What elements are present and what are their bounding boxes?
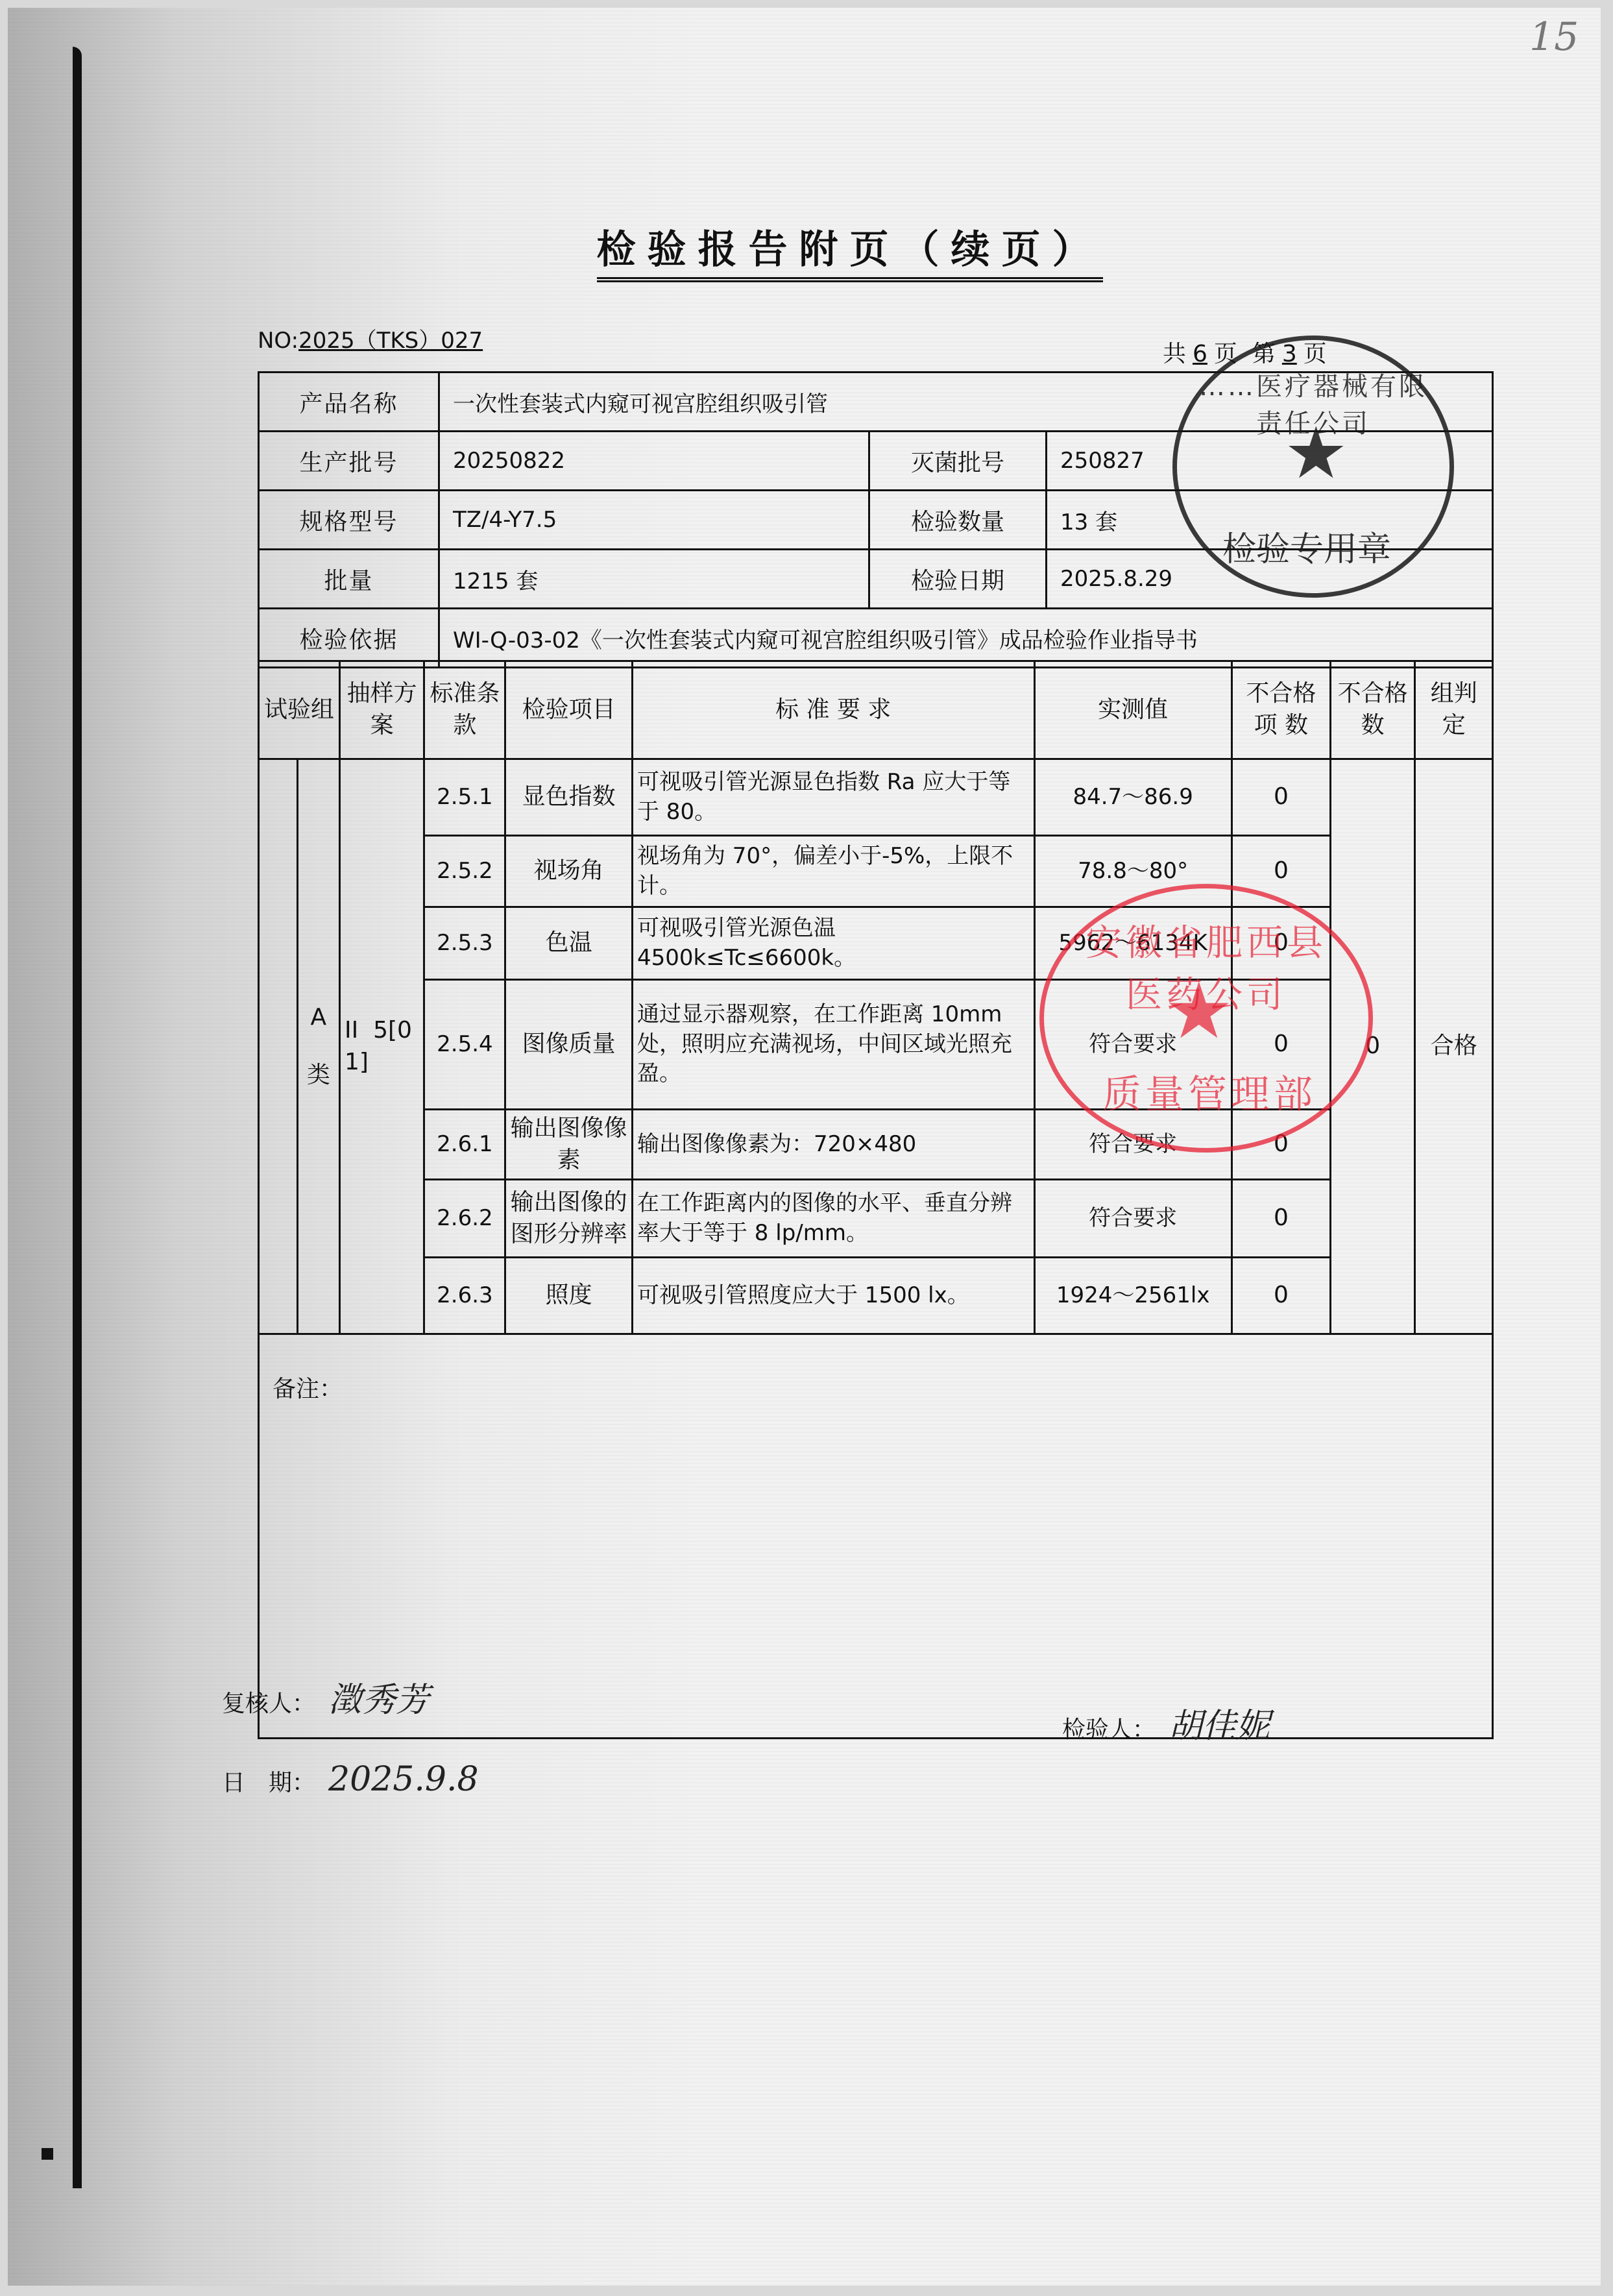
requirement-text: 可视吸引管光源色温 4500k≤Tc≤6600k。 [633,907,1035,980]
batch-no-value: 20250822 [439,432,869,491]
requirement-text: 输出图像像素为：720×480 [633,1110,1035,1180]
page-current-suffix: 页 [1304,341,1327,367]
table-row: 2.5.2视场角视场角为 70°，偏差小于-5%，上限不计。78.8～80°0 [259,836,1493,907]
inspection-item: 图像质量 [505,980,633,1110]
inspection-level: II [345,1017,358,1044]
inspection-qty-label: 检验数量 [869,491,1047,550]
model-value: TZ/4-Y7.5 [439,491,869,550]
header-group-judgment: 组判定 [1415,661,1493,759]
lot-size-value: 1215 套 [439,550,869,609]
measured-value: 78.8～80° [1034,836,1231,907]
nonconforming-items: 0 [1231,907,1330,980]
standard-clause: 2.6.3 [424,1258,505,1334]
reviewer-signature: 澂秀芳 [328,1681,430,1720]
page-title-text: 检验报告附页（续页） [597,219,1103,282]
handwritten-page-number: 15 [1529,14,1579,60]
inspection-level-cell: II 5[0 1] [339,759,424,1334]
inspection-item: 色温 [505,907,633,980]
page-current: 3 [1276,341,1304,367]
group-class-cell: A类 [297,759,339,1334]
date-label: 日 期： [222,1770,315,1796]
header-item: 检验项目 [505,661,633,759]
measured-value: 符合要求 [1034,980,1231,1110]
page-total-suffix: 页 [1214,341,1237,367]
table-row: 2.5.4图像质量通过显示器观察，在工作距离 10mm 处，照明应充满视场，中间… [259,980,1493,1110]
page-total-prefix: 共 [1163,341,1186,367]
inspection-date-value: 2025.8.29 [1047,550,1493,609]
inspection-item: 视场角 [505,836,633,907]
model-label: 规格型号 [259,491,439,550]
info-row-model: 规格型号 TZ/4-Y7.5 检验数量 13 套 [259,491,1493,550]
sterilization-batch-label: 灭菌批号 [869,432,1047,491]
inspection-results-table: 试验组 抽样方案 标准条款 检验项目 标 准 要 求 实测值 不合格项 数 不合… [258,660,1494,1739]
review-date-block: 日 期：2025.9.8 [222,1760,479,1799]
standard-clause: 2.5.1 [424,759,505,836]
report-number-value: 2025（TKS）027 [298,328,483,354]
nonconforming-items: 0 [1231,1110,1330,1180]
remarks-label: 备注： [259,1334,1493,1739]
remarks-row: 备注： [259,1334,1493,1739]
info-row-product: 产品名称 一次性套装式内窥可视宫腔组织吸引管 [259,372,1493,432]
requirement-text: 视场角为 70°，偏差小于-5%，上限不计。 [633,836,1035,907]
inspection-item: 显色指数 [505,759,633,836]
standard-clause: 2.5.2 [424,836,505,907]
inspection-item: 输出图像像素 [505,1110,633,1180]
nonconforming-items: 0 [1231,1180,1330,1258]
group-spacer-cell [259,759,298,1334]
product-name-value: 一次性套装式内窥可视宫腔组织吸引管 [439,372,1493,432]
standard-clause: 2.5.4 [424,980,505,1110]
inspector-label: 检验人： [1062,1716,1156,1743]
reviewer-label: 复核人： [222,1691,315,1717]
measured-value: 5962～6134K [1034,907,1231,980]
reviewer-signature-block: 复核人：澂秀芳 [222,1672,430,1721]
group-judgment: 合格 [1415,759,1493,1334]
group-nonconforming-count: 0 [1330,759,1414,1334]
group-class-letter: A [302,1002,335,1034]
header-test-group: 试验组 [259,661,340,759]
nonconforming-items: 0 [1231,980,1330,1110]
header-sampling-plan: 抽样方案 [339,661,424,759]
info-row-basis: 检验依据 WI-Q-03-02《一次性套装式内窥可视宫腔组织吸引管》成品检验作业… [259,609,1493,668]
nonconforming-items: 0 [1231,1258,1330,1334]
standard-clause: 2.6.1 [424,1110,505,1180]
batch-no-label: 生产批号 [259,432,439,491]
nonconforming-items: 0 [1231,759,1330,836]
header-requirement: 标 准 要 求 [633,661,1035,759]
date-value: 2025.9.8 [328,1760,479,1799]
inspector-signature: 胡佳妮 [1169,1707,1270,1746]
basis-label: 检验依据 [259,609,439,668]
measured-value: 84.7～86.9 [1034,759,1231,836]
report-number-label: NO: [258,328,298,354]
table-row: A类II 5[0 1]2.5.1显色指数可视吸引管光源显色指数 Ra 应大于等于… [259,759,1493,836]
requirement-text: 在工作距离内的图像的水平、垂直分辨率大于等于 8 lp/mm。 [633,1180,1035,1258]
page-current-prefix: 第 [1252,341,1276,367]
inspection-item: 照度 [505,1258,633,1334]
standard-clause: 2.6.2 [424,1180,505,1258]
page-count: 共6页 第3页 [1163,336,1327,369]
table-row: 2.5.3色温可视吸引管光源色温 4500k≤Tc≤6600k。5962～613… [259,907,1493,980]
inspector-signature-block: 检验人：胡佳妮 [1062,1698,1270,1747]
info-row-lot: 批量 1215 套 检验日期 2025.8.29 [259,550,1493,609]
table-row: 2.6.1输出图像像素输出图像像素为：720×480符合要求0 [259,1110,1493,1180]
table-row: 2.6.2输出图像的图形分辨率在工作距离内的图像的水平、垂直分辨率大于等于 8 … [259,1180,1493,1258]
requirement-text: 通过显示器观察，在工作距离 10mm 处，照明应充满视场，中间区域光照充盈。 [633,980,1035,1110]
basis-value: WI-Q-03-02《一次性套装式内窥可视宫腔组织吸引管》成品检验作业指导书 [439,609,1493,668]
page-title: 检验报告附页（续页） [8,219,1601,282]
product-name-label: 产品名称 [259,372,439,432]
header-nonconforming-items: 不合格项 数 [1231,661,1330,759]
product-info-table: 产品名称 一次性套装式内窥可视宫腔组织吸引管 生产批号 20250822 灭菌批… [258,371,1494,668]
scan-edge-bar [73,47,82,2188]
standard-clause: 2.5.3 [424,907,505,980]
info-row-batch: 生产批号 20250822 灭菌批号 250827 [259,432,1493,491]
measured-value: 符合要求 [1034,1180,1231,1258]
report-number: NO:2025（TKS）027 [258,323,483,354]
nonconforming-items: 0 [1231,836,1330,907]
inspection-qty-value: 13 套 [1047,491,1493,550]
sterilization-batch-value: 250827 [1047,432,1493,491]
header-nonconforming-count: 不合格数 [1330,661,1414,759]
inspection-date-label: 检验日期 [869,550,1047,609]
header-standard-clause: 标准条款 [424,661,505,759]
measured-value: 符合要求 [1034,1110,1231,1180]
requirement-text: 可视吸引管照度应大于 1500 lx。 [633,1258,1035,1334]
requirement-text: 可视吸引管光源显色指数 Ra 应大于等于 80。 [633,759,1035,836]
page-total: 6 [1186,341,1214,367]
header-measured: 实测值 [1034,661,1231,759]
group-class-word: 类 [302,1060,335,1092]
corner-mark [42,2148,53,2160]
scanned-page: 15 检验报告附页（续页） NO:2025（TKS）027 共6页 第3页 产品… [8,8,1601,2286]
inspection-item: 输出图像的图形分辨率 [505,1180,633,1258]
table-row: 2.6.3照度可视吸引管照度应大于 1500 lx。1924～2561lx0 [259,1258,1493,1334]
table-header-row: 试验组 抽样方案 标准条款 检验项目 标 准 要 求 实测值 不合格项 数 不合… [259,661,1493,759]
lot-size-label: 批量 [259,550,439,609]
measured-value: 1924～2561lx [1034,1258,1231,1334]
